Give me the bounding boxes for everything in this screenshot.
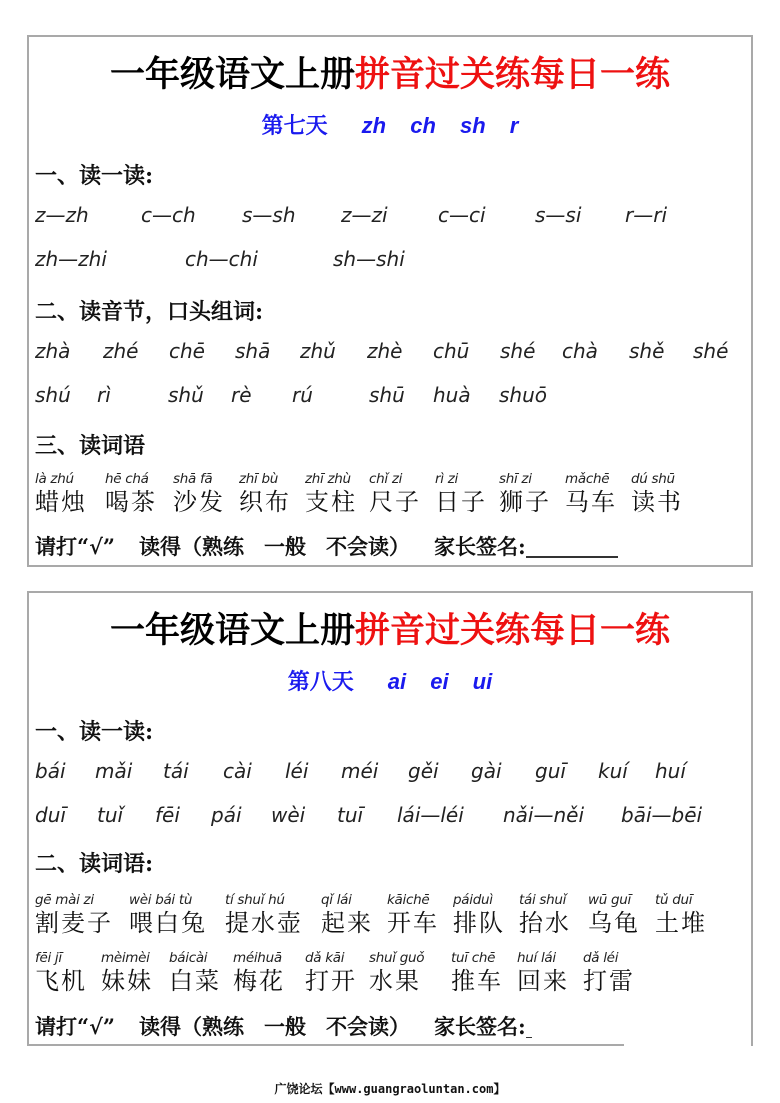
word-hanzi: 排队 xyxy=(453,909,505,937)
word-pinyin: gē mài zi xyxy=(35,892,113,909)
pinyin-item: chē xyxy=(169,339,205,363)
word-hanzi: 织布 xyxy=(239,488,291,516)
pinyin-item: rú xyxy=(292,383,313,407)
word-item: dǎ kāi打开 xyxy=(305,950,357,995)
word-hanzi: 梅花 xyxy=(233,967,285,995)
pinyin-item: shū xyxy=(369,383,405,407)
pinyin-item: shā xyxy=(235,339,270,363)
word-item: mǎchē马车 xyxy=(565,471,617,516)
pinyin-item: ch—chi xyxy=(185,247,258,271)
word-hanzi: 喝茶 xyxy=(105,488,157,516)
pinyin-item: chū xyxy=(433,339,469,363)
pinyin-item: méi xyxy=(341,759,378,783)
signature-field[interactable] xyxy=(526,556,618,558)
pinyin-item: pái xyxy=(211,803,242,827)
parent-signature-label: 家长签名: xyxy=(434,534,526,559)
pinyin-item: c—ci xyxy=(438,203,486,227)
word-pinyin: méihuā xyxy=(233,950,285,967)
pinyin-item: shú xyxy=(35,383,71,407)
word-item: dú shū读书 xyxy=(631,471,683,516)
pinyin-item: kuí xyxy=(598,759,628,783)
word-hanzi: 水果 xyxy=(369,967,424,995)
pinyin-item: zhà xyxy=(35,339,70,363)
parent-signature-label: 家长签名: xyxy=(434,1014,526,1039)
word-pinyin: báicài xyxy=(169,950,221,967)
word-item: páiduì排队 xyxy=(453,892,505,937)
word-item: shī zi狮子 xyxy=(499,471,551,516)
pinyin-item: tuī xyxy=(337,803,363,827)
word-pinyin: qǐ lái xyxy=(321,892,373,909)
word-hanzi: 读书 xyxy=(631,488,683,516)
word-pinyin: dú shū xyxy=(631,471,683,488)
word-item: rì zi日子 xyxy=(435,471,487,516)
word-pinyin: mèimèi xyxy=(101,950,153,967)
pinyin-item: z—zi xyxy=(341,203,388,227)
word-pinyin: kāichē xyxy=(387,892,439,909)
word-hanzi: 乌龟 xyxy=(588,909,640,937)
day8-card: 一年级语文上册拼音过关练每日一练 第八天ai ei ui 一、读一读: bái … xyxy=(27,591,753,1046)
word-hanzi: 打开 xyxy=(305,967,357,995)
pinyin-item: wèi xyxy=(271,803,305,827)
word-hanzi: 土堆 xyxy=(655,909,707,937)
day7-card: 一年级语文上册拼音过关练每日一练 第七天zh ch sh r 一、读一读: z—… xyxy=(27,35,753,567)
pinyin-item: rì xyxy=(97,383,111,407)
word-pinyin: zhī bù xyxy=(239,471,291,488)
word-item: huí lái回来 xyxy=(517,950,569,995)
word-hanzi: 回来 xyxy=(517,967,569,995)
word-item: chǐ zi尺子 xyxy=(369,471,421,516)
word-item: báicài白菜 xyxy=(169,950,221,995)
self-assessment-line: 请打“√”读得（熟练一般不会读）家长签名: xyxy=(35,1011,532,1041)
pinyin-item: rè xyxy=(231,383,252,407)
pinyin-item: shé xyxy=(693,339,728,363)
word-hanzi: 日子 xyxy=(435,488,487,516)
word-pinyin: dǎ kāi xyxy=(305,950,357,967)
word-hanzi: 白菜 xyxy=(169,967,221,995)
pinyin-item: sh—shi xyxy=(333,247,405,271)
pinyin-item: guī xyxy=(535,759,566,783)
pinyin-item: bāi—bēi xyxy=(621,803,702,827)
word-hanzi: 推车 xyxy=(451,967,503,995)
card-bottom-border xyxy=(27,1044,624,1046)
pinyin-item: gài xyxy=(471,759,502,783)
word-pinyin: huí lái xyxy=(517,950,569,967)
word-hanzi: 马车 xyxy=(565,488,617,516)
word-hanzi: 提水壶 xyxy=(225,909,303,937)
pinyin-item: s—sh xyxy=(242,203,296,227)
day-subtitle: 第八天ai ei ui xyxy=(29,665,751,696)
word-item: hē chá喝茶 xyxy=(105,471,157,516)
word-pinyin: tuī chē xyxy=(451,950,503,967)
word-pinyin: là zhú xyxy=(35,471,87,488)
pinyin-item: shé xyxy=(500,339,535,363)
word-hanzi: 蜡烛 xyxy=(35,488,87,516)
word-item: dǎ léi打雷 xyxy=(583,950,635,995)
day-label: 第七天 xyxy=(262,113,328,139)
word-pinyin: shuǐ guǒ xyxy=(369,950,424,967)
word-item: shuǐ guǒ水果 xyxy=(369,950,424,995)
option-general[interactable]: 一般 xyxy=(264,534,306,559)
word-pinyin: hē chá xyxy=(105,471,157,488)
day-subtitle: 第七天zh ch sh r xyxy=(29,109,751,140)
focus-sounds: zh ch sh r xyxy=(362,113,519,138)
pinyin-item: shǔ xyxy=(168,383,204,407)
word-hanzi: 喂白兔 xyxy=(129,909,207,937)
pinyin-item: duī xyxy=(35,803,66,827)
word-hanzi: 起来 xyxy=(321,909,373,937)
word-hanzi: 妹妹 xyxy=(101,967,153,995)
pinyin-item: tái xyxy=(163,759,189,783)
signature-field[interactable] xyxy=(526,1037,532,1038)
pinyin-item: zhè xyxy=(367,339,402,363)
word-item: là zhú蜡烛 xyxy=(35,471,87,516)
word-item: kāichē开车 xyxy=(387,892,439,937)
section-words-heading: 二、读词语: xyxy=(35,847,153,878)
word-item: zhī bù织布 xyxy=(239,471,291,516)
word-hanzi: 飞机 xyxy=(35,967,87,995)
pinyin-item: shě xyxy=(629,339,664,363)
option-cannot-read[interactable]: 不会读） xyxy=(326,534,410,559)
word-pinyin: wū guī xyxy=(588,892,640,909)
word-item: wū guī乌龟 xyxy=(588,892,640,937)
word-pinyin: zhī zhù xyxy=(305,471,357,488)
word-item: mèimèi妹妹 xyxy=(101,950,153,995)
word-pinyin: wèi bái tù xyxy=(129,892,207,909)
word-pinyin: fēi jī xyxy=(35,950,87,967)
pinyin-item: zhé xyxy=(103,339,138,363)
word-hanzi: 尺子 xyxy=(369,488,421,516)
word-item: tí shuǐ hú提水壶 xyxy=(225,892,303,937)
pinyin-item: s—si xyxy=(535,203,581,227)
title-red-part: 拼音过关练每日一练 xyxy=(355,54,670,95)
pinyin-item: z—zh xyxy=(35,203,89,227)
word-hanzi: 支柱 xyxy=(305,488,357,516)
pinyin-item: huà xyxy=(433,383,471,407)
pinyin-item: shuō xyxy=(499,383,547,407)
word-pinyin: tǔ duī xyxy=(655,892,707,909)
word-item: zhī zhù支柱 xyxy=(305,471,357,516)
pinyin-item: chà xyxy=(562,339,598,363)
pinyin-item: nǎi—něi xyxy=(503,803,584,827)
pinyin-item: huí xyxy=(655,759,686,783)
title-red-part: 拼音过关练每日一练 xyxy=(355,610,670,651)
pinyin-item: zh—zhi xyxy=(35,247,107,271)
worksheet-title: 一年级语文上册拼音过关练每日一练 xyxy=(29,47,751,97)
word-pinyin: tí shuǐ hú xyxy=(225,892,303,909)
pinyin-item: cài xyxy=(223,759,252,783)
word-pinyin: páiduì xyxy=(453,892,505,909)
tick-prompt: 请打“√” xyxy=(35,1014,115,1039)
pinyin-item: zhǔ xyxy=(300,339,336,363)
read-level-label[interactable]: 读得（熟练 xyxy=(139,534,244,559)
tick-prompt: 请打“√” xyxy=(35,534,115,559)
word-item: gē mài zi割麦子 xyxy=(35,892,113,937)
pinyin-item: lái—léi xyxy=(397,803,464,827)
pinyin-item: gěi xyxy=(408,759,439,783)
word-pinyin: shā fā xyxy=(173,471,225,488)
pinyin-item: r—ri xyxy=(625,203,667,227)
word-pinyin: rì zi xyxy=(435,471,487,488)
pinyin-item: c—ch xyxy=(141,203,196,227)
word-hanzi: 狮子 xyxy=(499,488,551,516)
focus-sounds: ai ei ui xyxy=(388,669,492,694)
word-item: tái shuǐ抬水 xyxy=(519,892,571,937)
pinyin-item: mǎi xyxy=(95,759,132,783)
word-item: méihuā梅花 xyxy=(233,950,285,995)
word-item: wèi bái tù喂白兔 xyxy=(129,892,207,937)
word-item: tuī chē推车 xyxy=(451,950,503,995)
word-hanzi: 抬水 xyxy=(519,909,571,937)
pinyin-item: tuǐ xyxy=(97,803,123,827)
word-pinyin: tái shuǐ xyxy=(519,892,571,909)
word-pinyin: shī zi xyxy=(499,471,551,488)
site-watermark: 广饶论坛【www.guangraoluntan.com】 xyxy=(0,1080,780,1097)
word-hanzi: 打雷 xyxy=(583,967,635,995)
pinyin-item: bái xyxy=(35,759,66,783)
read-level-label[interactable]: 读得（熟练 xyxy=(139,1014,244,1039)
word-hanzi: 割麦子 xyxy=(35,909,113,937)
title-black-part: 一年级语文上册 xyxy=(110,54,355,95)
word-pinyin: chǐ zi xyxy=(369,471,421,488)
word-hanzi: 开车 xyxy=(387,909,439,937)
word-item: fēi jī飞机 xyxy=(35,950,87,995)
option-cannot-read[interactable]: 不会读） xyxy=(326,1014,410,1039)
word-hanzi: 沙发 xyxy=(173,488,225,516)
worksheet-title: 一年级语文上册拼音过关练每日一练 xyxy=(29,603,751,653)
word-pinyin: dǎ léi xyxy=(583,950,635,967)
section-read-heading: 一、读一读: xyxy=(35,715,153,746)
title-black-part: 一年级语文上册 xyxy=(110,610,355,651)
section-words-heading: 三、读词语 xyxy=(35,429,145,460)
pinyin-item: léi xyxy=(285,759,308,783)
section-read-heading: 一、读一读: xyxy=(35,159,153,190)
word-pinyin: mǎchē xyxy=(565,471,617,488)
self-assessment-line: 请打“√”读得（熟练一般不会读）家长签名: xyxy=(35,531,618,561)
pinyin-item: fēi xyxy=(155,803,180,827)
day-label: 第八天 xyxy=(288,669,354,695)
word-item: tǔ duī土堆 xyxy=(655,892,707,937)
section-syllables-heading: 二、读音节，口头组词: xyxy=(35,295,263,326)
word-item: qǐ lái起来 xyxy=(321,892,373,937)
option-general[interactable]: 一般 xyxy=(264,1014,306,1039)
word-item: shā fā沙发 xyxy=(173,471,225,516)
